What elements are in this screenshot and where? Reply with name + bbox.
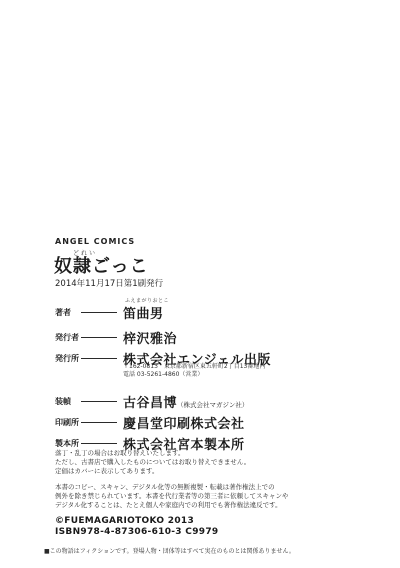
row-label: 発行所 [55,353,79,364]
designer-company: （株式会社マガジン社） [177,401,248,409]
author-name: 笛曲男 [123,307,164,322]
row-label: 印刷所 [55,417,79,428]
leader-line [81,312,117,313]
row-label: 著者 [55,307,79,318]
notice-line: 定価はカバーに表示してあります。 [55,467,250,476]
notice-line: ただし、古書店で購入したものについてはお取り替えできません。 [55,458,250,467]
leader-line [81,358,117,359]
designer-name: 古谷昌博（株式会社マガジン社） [123,392,248,411]
imprint-label: ANGEL COMICS [55,237,135,246]
copyright-line: ©FUEMAGARIOTOKO 2013 [55,516,218,527]
copyright-isbn-block: ©FUEMAGARIOTOKO 2013 ISBN978-4-87306-610… [55,516,218,537]
printer-name: 慶昌堂印刷株式会社 [123,413,245,432]
publisher-phone: 電話 03-5261-4860（営業） [123,371,265,379]
publisher-contact: 〒162-0813 東京都新宿区東五軒町2丁目13番地内 電話 03-5261-… [123,363,265,378]
notice-line: 例外を除き禁じられています。本書を代行業者等の第三者に依頼してスキャンや [55,492,288,501]
colophon-page: ANGEL COMICS どれい 奴隷ごっこ 2014年11月17日第1刷発行 … [0,0,400,568]
leader-line [81,422,117,423]
title-block: どれい 奴隷ごっこ [54,248,149,277]
leader-line [81,443,117,444]
publisher-person-name: 梓沢雅治 [123,328,177,347]
notice-line: 本書のコピー、スキャン、デジタル化等の無断複製・転載は著作権法上での [55,483,288,492]
notice-line: デジタル化することは、たとえ個人や家庭内での利用でも著作権法違反です。 [55,501,288,510]
copyright-law-notice: 本書のコピー、スキャン、デジタル化等の無断複製・転載は著作権法上での 例外を除き… [55,483,288,510]
colophon-row-author: 著者 ふえまがりおとこ 笛曲男 [55,303,164,322]
colophon-row-design: 装幀 古谷昌博（株式会社マガジン社） [55,392,248,411]
leader-line [81,337,117,338]
row-label: 製本所 [55,438,79,449]
isbn-line: ISBN978-4-87306-610-3 C9979 [55,527,218,538]
author-furigana: ふえまがりおとこ [125,297,169,304]
notice-line: 落丁・乱丁の場合はお取り替えいたします。 [55,449,250,458]
row-label: 発行者 [55,332,79,343]
publisher-address: 〒162-0813 東京都新宿区東五軒町2丁目13番地内 [123,363,265,371]
leader-line [81,401,117,402]
row-label: 装幀 [55,396,79,407]
colophon-row-publisher-person: 発行者 梓沢雅治 [55,328,177,347]
fiction-disclaimer: ■この物語はフィクションです。登場人物・団体等はすべて実在のものとは関係ありませ… [44,546,295,555]
book-title: 奴隷ごっこ [54,257,149,277]
edition-date: 2014年11月17日第1刷発行 [55,277,163,289]
returns-notice: 落丁・乱丁の場合はお取り替えいたします。 ただし、古書店で購入したものについては… [55,449,250,476]
colophon-row-printer: 印刷所 慶昌堂印刷株式会社 [55,413,245,432]
